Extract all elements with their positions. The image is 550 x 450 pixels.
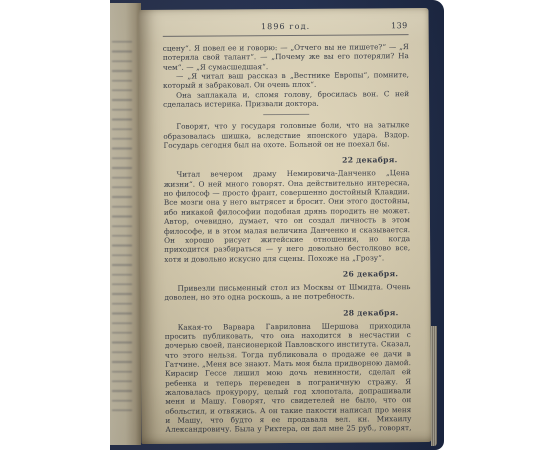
page-content: 1896 год. 139 сцену“. Я повел ее и говор… <box>163 21 412 436</box>
left-page-blurred-text <box>112 41 132 411</box>
page-number: 139 <box>391 21 408 30</box>
running-title: 1896 год. <box>163 21 409 32</box>
paragraph: Она заплакала и, сломя голову, бросилась… <box>163 89 409 109</box>
date-heading: 22 декабря. <box>164 156 410 167</box>
header-rule <box>163 34 409 37</box>
paragraph: Привезли письменный стол из Москвы от Шм… <box>164 282 410 302</box>
date-heading: 28 декабря. <box>165 308 411 319</box>
diary-entries: сцену“. Я повел ее и говорю: — „Отчего в… <box>163 42 412 436</box>
page-header: 1896 год. 139 <box>163 21 409 34</box>
book-cover: 1896 год. 139 сцену“. Я повел ее и говор… <box>110 0 444 450</box>
paragraph: — „Я читал ваш рассказ в „Вестнике Европ… <box>163 70 409 90</box>
paragraph: Читал вечером драму Немировича-Данченко … <box>164 169 411 264</box>
left-page-edge <box>110 3 141 445</box>
paragraph: Говорят, что у государя головные боли, ч… <box>163 121 409 151</box>
page-stack-edge <box>431 326 437 446</box>
date-heading: 26 декабря. <box>164 269 410 280</box>
paragraph: Какая-то Варвара Гавриловна Шершова прих… <box>165 321 412 436</box>
paragraph: сцену“. Я повел ее и говорю: — „Отчего в… <box>163 42 409 72</box>
section-divider <box>263 114 309 115</box>
book-photo: 1896 год. 139 сцену“. Я повел ее и говор… <box>0 0 550 450</box>
right-page: 1896 год. 139 сцену“. Я повел ее и говор… <box>138 8 431 444</box>
